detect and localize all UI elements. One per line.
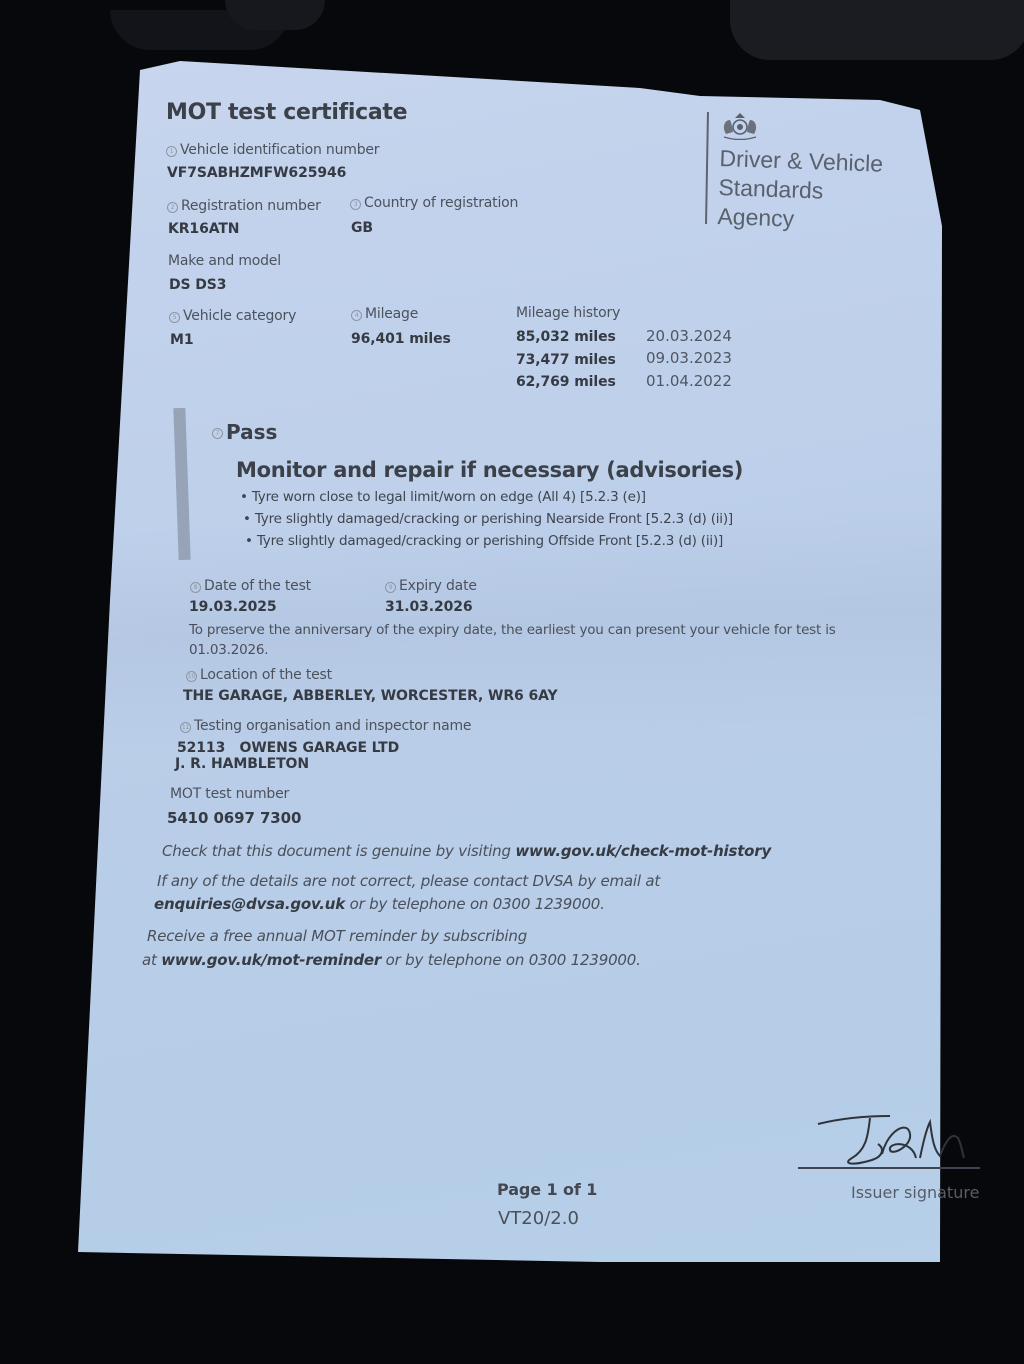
test-date-label: 8Date of the test <box>190 578 311 594</box>
expiry-value: 31.03.2026 <box>385 599 473 615</box>
anniversary-date: 01.03.2026. <box>189 642 268 658</box>
issuer-signature-label: Issuer signature <box>851 1183 979 1202</box>
country-label-text: Country of registration <box>364 195 518 211</box>
issuer-line-3: Agency <box>717 202 882 237</box>
field-number-icon: 2 <box>167 202 178 213</box>
organisation-label: 11Testing organisation and inspector nam… <box>180 718 471 734</box>
reminder-notice-line-1: Receive a free annual MOT reminder by su… <box>147 927 527 945</box>
mileage-history-label: Mileage history <box>516 305 620 321</box>
test-number-label: MOT test number <box>170 786 289 802</box>
field-number-icon: 8 <box>190 582 201 593</box>
test-date-value: 19.03.2025 <box>189 599 277 615</box>
background-object <box>225 0 325 30</box>
registration-value: KR16ATN <box>168 221 239 237</box>
field-number-icon: 1 <box>166 146 177 157</box>
inspector-name: J. R. HAMBLETON <box>175 756 309 772</box>
reminder-prefix: at <box>142 951 161 969</box>
field-number-icon: 7 <box>212 428 223 439</box>
country-value: GB <box>351 220 373 236</box>
contact-notice-line-1: If any of the details are not correct, p… <box>157 872 660 890</box>
page-number: Page 1 of 1 <box>497 1180 597 1199</box>
make-model-value: DS DS3 <box>169 277 226 293</box>
advisory-text: Tyre worn close to legal limit/worn on e… <box>252 489 646 505</box>
check-notice: Check that this document is genuine by v… <box>162 842 771 860</box>
anniversary-note: To preserve the anniversary of the expir… <box>189 622 836 638</box>
mileage-value: 96,401 miles <box>351 331 451 347</box>
category-label-text: Vehicle category <box>183 308 296 324</box>
advisory-item: • Tyre slightly damaged/cracking or peri… <box>245 533 723 549</box>
signature-icon <box>812 1110 982 1174</box>
result-status: 7Pass <box>212 420 277 444</box>
check-mot-history-link[interactable]: www.gov.uk/check-mot-history <box>515 842 771 860</box>
category-label: 5Vehicle category <box>169 308 296 324</box>
advisory-text: Tyre slightly damaged/cracking or perish… <box>257 533 723 549</box>
field-number-icon: 4 <box>351 310 362 321</box>
category-value: M1 <box>170 332 193 348</box>
location-value: THE GARAGE, ABBERLEY, WORCESTER, WR6 6AY <box>183 688 558 704</box>
advisory-item: • Tyre worn close to legal limit/worn on… <box>240 489 646 505</box>
pass-text: Pass <box>226 420 277 444</box>
contact-phone-text: or by telephone on 0300 1239000. <box>345 895 605 913</box>
make-model-label: Make and model <box>168 253 281 269</box>
royal-crest-icon <box>718 112 762 144</box>
mileage-history-miles: 73,477 miles <box>516 352 616 368</box>
registration-label-text: Registration number <box>181 198 321 214</box>
dvsa-logo-text: Driver & Vehicle Standards Agency <box>717 144 884 237</box>
location-label-text: Location of the test <box>200 667 332 683</box>
reminder-notice-line-2: at www.gov.uk/mot-reminder or by telepho… <box>142 951 641 969</box>
field-number-icon: 11 <box>180 722 191 733</box>
expiry-label: 9Expiry date <box>385 578 477 594</box>
mileage-history-miles: 62,769 miles <box>516 374 616 390</box>
certificate-title: MOT test certificate <box>166 100 407 125</box>
advisory-text: Tyre slightly damaged/cracking or perish… <box>255 511 733 527</box>
advisory-item: • Tyre slightly damaged/cracking or peri… <box>243 511 733 527</box>
mileage-history-date: 20.03.2024 <box>646 327 732 345</box>
registration-label: 2Registration number <box>167 198 321 214</box>
mileage-label: 4Mileage <box>351 306 418 322</box>
field-number-icon: 9 <box>385 582 396 593</box>
mileage-history-date: 09.03.2023 <box>646 349 732 367</box>
organisation-label-text: Testing organisation and inspector name <box>194 718 471 734</box>
organisation-value: 52113 OWENS GARAGE LTD <box>177 740 399 756</box>
vin-label-text: Vehicle identification number <box>180 142 379 158</box>
mileage-label-text: Mileage <box>365 306 418 322</box>
background-object <box>730 0 1024 60</box>
location-label: 10Location of the test <box>186 667 332 683</box>
expiry-label-text: Expiry date <box>399 578 477 594</box>
contact-notice-line-2: enquiries@dvsa.gov.uk or by telephone on… <box>154 895 605 913</box>
contact-email-link[interactable]: enquiries@dvsa.gov.uk <box>154 895 345 913</box>
check-text: Check that this document is genuine by v… <box>162 842 515 860</box>
field-number-icon: 10 <box>186 671 197 682</box>
form-code: VT20/2.0 <box>498 1208 579 1229</box>
field-number-icon: 3 <box>350 199 361 210</box>
vin-label: 1Vehicle identification number <box>166 142 379 158</box>
mot-reminder-link[interactable]: www.gov.uk/mot-reminder <box>161 951 381 969</box>
test-date-label-text: Date of the test <box>204 578 311 594</box>
mileage-history-miles: 85,032 miles <box>516 329 616 345</box>
advisories-title: Monitor and repair if necessary (advisor… <box>236 458 743 482</box>
field-number-icon: 5 <box>169 312 180 323</box>
country-label: 3Country of registration <box>350 195 518 211</box>
reminder-phone-text: or by telephone on 0300 1239000. <box>381 951 641 969</box>
mileage-history-date: 01.04.2022 <box>646 372 732 390</box>
test-number-value: 5410 0697 7300 <box>167 809 301 827</box>
signature-line <box>798 1167 980 1169</box>
vin-value: VF7SABHZMFW625946 <box>167 165 346 181</box>
